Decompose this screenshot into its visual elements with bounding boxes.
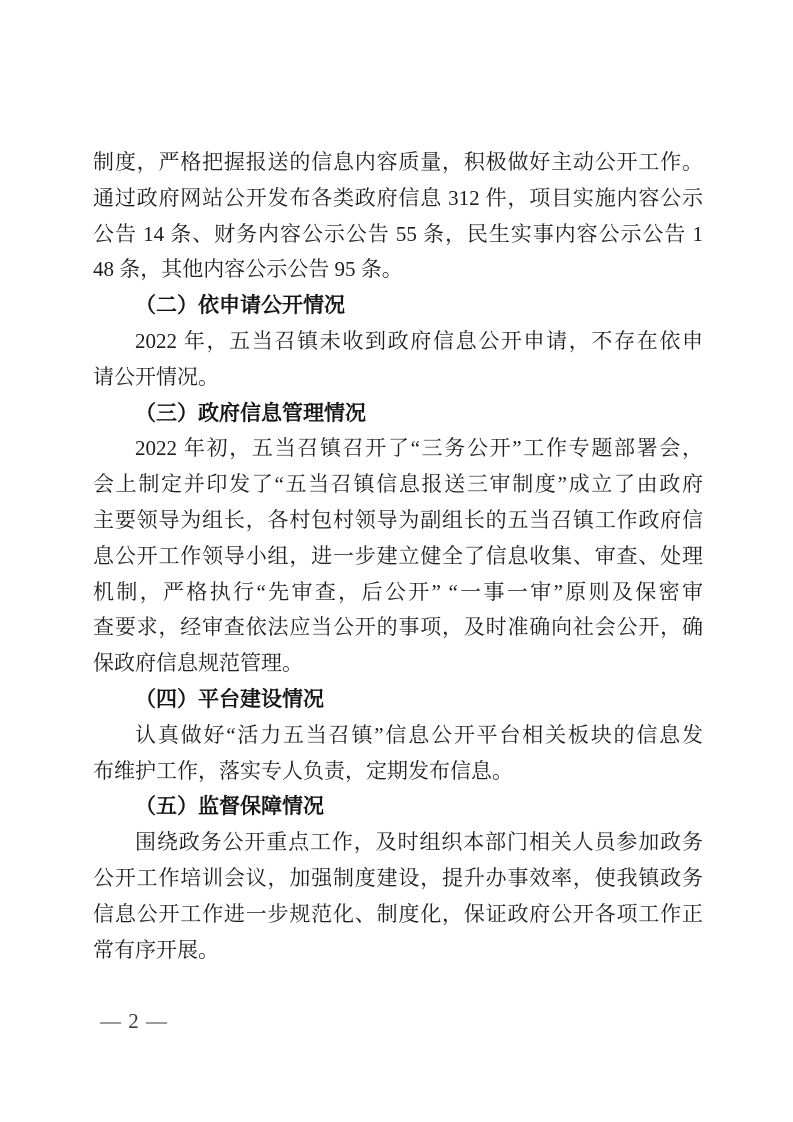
paragraph-line: 2022 年，五当召镇未收到政府信息公开申请，不存在依申 bbox=[93, 324, 703, 360]
paragraph-line: 通过政府网站公开发布各类政府信息 312 件，项目实施内容公示 bbox=[93, 181, 703, 217]
paragraph-line: 布维护工作，落实专人负责，定期发布信息。 bbox=[93, 754, 703, 790]
paragraph-line: 制度，严格把握报送的信息内容质量，积极做好主动公开工作。 bbox=[93, 145, 703, 181]
paragraph-line: 公开工作培训会议，加强制度建设，提升办事效率，使我镇政务 bbox=[93, 861, 703, 897]
paragraph-line: 保政府信息规范管理。 bbox=[93, 646, 703, 682]
paragraph-line: 围绕政务公开重点工作，及时组织本部门相关人员参加政务 bbox=[93, 825, 703, 861]
section-heading: （二）依申请公开情况 bbox=[93, 288, 703, 324]
paragraph-line: 认真做好“活力五当召镇”信息公开平台相关板块的信息发 bbox=[93, 718, 703, 754]
section-heading: （四）平台建设情况 bbox=[93, 682, 703, 718]
paragraph-line: 主要领导为组长，各村包村领导为副组长的五当召镇工作政府信 bbox=[93, 503, 703, 539]
paragraph-line: 信息公开工作进一步规范化、制度化，保证政府公开各项工作正 bbox=[93, 897, 703, 933]
paragraph-line: 查要求，经审查依法应当公开的事项，及时准确向社会公开，确 bbox=[93, 610, 703, 646]
paragraph-line: 公告 14 条、财务内容公示公告 55 条，民生实事内容公示公告 1 bbox=[93, 217, 703, 253]
paragraph-line: 机制，严格执行“先审查，后公开” “一事一审”原则及保密审 bbox=[93, 575, 703, 611]
paragraph-line: 请公开情况。 bbox=[93, 360, 703, 396]
page-number: — 2 — bbox=[100, 1009, 168, 1033]
paragraph-line: 48 条，其他内容公示公告 95 条。 bbox=[93, 252, 703, 288]
paragraph-line: 息公开工作领导小组，进一步建立健全了信息收集、审查、处理 bbox=[93, 539, 703, 575]
document-page: 制度，严格把握报送的信息内容质量，积极做好主动公开工作。通过政府网站公开发布各类… bbox=[0, 0, 793, 1122]
paragraph-line: 2022 年初，五当召镇召开了“三务公开”工作专题部署会， bbox=[93, 431, 703, 467]
section-heading: （五）监督保障情况 bbox=[93, 789, 703, 825]
section-heading: （三）政府信息管理情况 bbox=[93, 396, 703, 432]
document-body: 制度，严格把握报送的信息内容质量，积极做好主动公开工作。通过政府网站公开发布各类… bbox=[93, 145, 703, 968]
paragraph-line: 会上制定并印发了“五当召镇信息报送三审制度”成立了由政府 bbox=[93, 467, 703, 503]
paragraph-line: 常有序开展。 bbox=[93, 933, 703, 969]
